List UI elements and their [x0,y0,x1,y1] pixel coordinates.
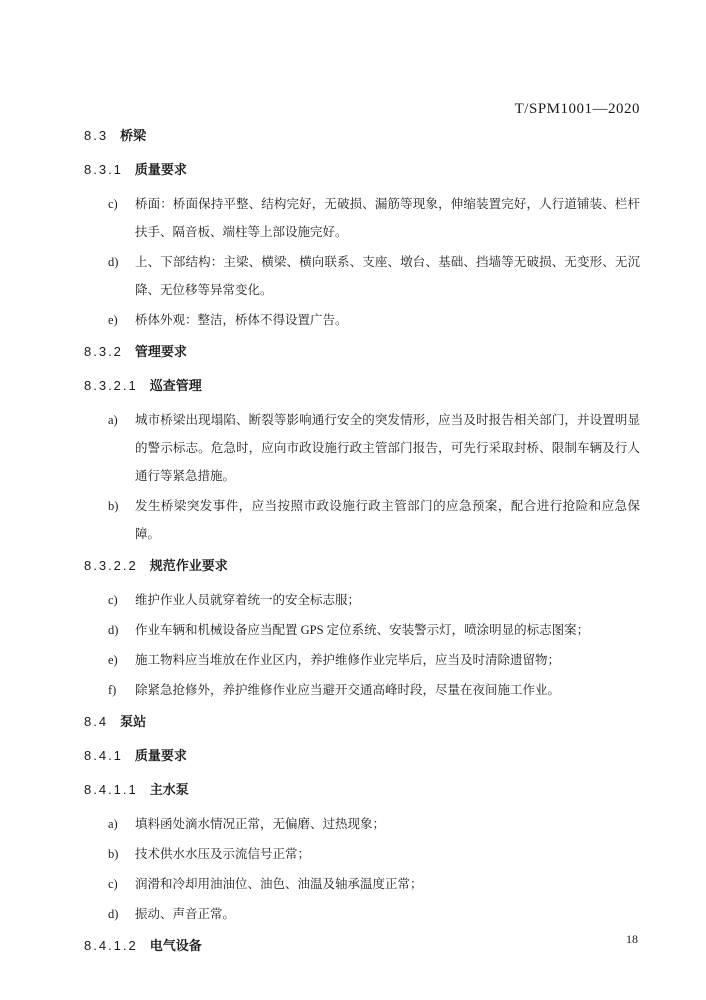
list-item-marker: b) [108,840,135,868]
heading-number: 8.4.1.1 [84,782,138,797]
heading-title: 主水泵 [150,782,189,797]
heading-title: 管理要求 [135,344,187,359]
section-heading-8.4.1.2: 8.4.1.2电气设备 [84,936,640,956]
heading-number: 8.3.2 [84,344,123,359]
heading-number: 8.4.1.2 [84,938,138,953]
list-item-text: 作业车辆和机械设备应当配置 GPS 定位系统、安装警示灯，喷涂明显的标志图案； [135,616,640,644]
heading-title: 规范作业要求 [150,558,228,573]
list-item-marker: e) [108,306,135,334]
heading-title: 质量要求 [135,748,187,763]
list-item-marker: d) [108,616,135,644]
heading-number: 8.4.1 [84,748,123,763]
heading-title: 质量要求 [135,162,187,177]
heading-title: 泵站 [120,714,146,729]
list-item-d: d)上、下部结构：主梁、横梁、横向联系、支座、墩台、基础、挡墙等无破损、无变形、… [84,248,640,304]
list-item-e: e)桥体外观：整洁，桥体不得设置广告。 [84,306,640,334]
list-item-a: a)城市桥梁出现塌陷、断裂等影响通行安全的突发情形，应当及时报告相关部门，并设置… [84,406,640,490]
list-item-text: 发生桥梁突发事件，应当按照市政设施行政主管部门的应急预案，配合进行抢险和应急保障… [135,492,640,548]
list-item-text: 技术供水水压及示流信号正常； [135,840,640,868]
list-item-marker: c) [108,190,135,246]
list-item-text: 润滑和冷却用油油位、油色、油温及轴承温度正常； [135,870,640,898]
list-item-marker: a) [108,810,135,838]
list-item-text: 上、下部结构：主梁、横梁、横向联系、支座、墩台、基础、挡墙等无破损、无变形、无沉… [135,248,640,304]
list-item-marker: a) [108,406,135,490]
list-item-a: a)填料函处滴水情况正常，无偏磨、过热现象； [84,810,640,838]
heading-number: 8.3 [84,128,108,143]
document-code-header: T/SPM1001—2020 [84,100,640,118]
list-item-f: f)除紧急抢修外，养护维修作业应当避开交通高峰时段，尽量在夜间施工作业。 [84,676,640,704]
heading-number: 8.4 [84,714,108,729]
list-item-c: c)润滑和冷却用油油位、油色、油温及轴承温度正常； [84,870,640,898]
section-heading-8.3: 8.3桥梁 [84,126,640,146]
page-number: 18 [626,932,638,946]
heading-title: 桥梁 [120,128,146,143]
section-heading-8.3.2.2: 8.3.2.2规范作业要求 [84,556,640,576]
list-item-marker: d) [108,900,135,928]
list-item-text: 施工物料应当堆放在作业区内，养护维修作业完毕后，应当及时清除遗留物； [135,646,640,674]
heading-number: 8.3.2.2 [84,558,138,573]
section-heading-8.3.1: 8.3.1质量要求 [84,160,640,180]
document-blocks: 8.3桥梁8.3.1质量要求c)桥面：桥面保持平整、结构完好，无破损、漏筋等现象… [84,126,640,956]
section-heading-8.3.2: 8.3.2管理要求 [84,342,640,362]
list-item-text: 振动、声音正常。 [135,900,640,928]
list-item-marker: d) [108,248,135,304]
document-page: { "page": { "header_right": "T/SPM1001—2… [0,0,706,1000]
heading-number: 8.3.2.1 [84,378,138,393]
heading-number: 8.3.1 [84,162,123,177]
list-item-marker: f) [108,676,135,704]
list-item-marker: e) [108,646,135,674]
section-heading-8.4: 8.4泵站 [84,712,640,732]
list-item-d: d)作业车辆和机械设备应当配置 GPS 定位系统、安装警示灯，喷涂明显的标志图案… [84,616,640,644]
list-item-text: 桥面：桥面保持平整、结构完好，无破损、漏筋等现象，伸缩装置完好，人行道铺装、栏杆… [135,190,640,246]
section-heading-8.4.1: 8.4.1质量要求 [84,746,640,766]
list-item-text: 除紧急抢修外，养护维修作业应当避开交通高峰时段，尽量在夜间施工作业。 [135,676,640,704]
list-item-marker: b) [108,492,135,548]
list-item-b: b)发生桥梁突发事件，应当按照市政设施行政主管部门的应急预案，配合进行抢险和应急… [84,492,640,548]
list-item-b: b)技术供水水压及示流信号正常； [84,840,640,868]
section-heading-8.4.1.1: 8.4.1.1主水泵 [84,780,640,800]
list-item-marker: c) [108,586,135,614]
list-item-c: c)桥面：桥面保持平整、结构完好，无破损、漏筋等现象，伸缩装置完好，人行道铺装、… [84,190,640,246]
section-heading-8.3.2.1: 8.3.2.1巡查管理 [84,376,640,396]
list-item-d: d)振动、声音正常。 [84,900,640,928]
list-item-text: 城市桥梁出现塌陷、断裂等影响通行安全的突发情形，应当及时报告相关部门，并设置明显… [135,406,640,490]
list-item-text: 桥体外观：整洁，桥体不得设置广告。 [135,306,640,334]
list-item-e: e)施工物料应当堆放在作业区内，养护维修作业完毕后，应当及时清除遗留物； [84,646,640,674]
page-body: T/SPM1001—2020 8.3桥梁8.3.1质量要求c)桥面：桥面保持平整… [0,0,706,956]
heading-title: 电气设备 [150,938,202,953]
list-item-text: 填料函处滴水情况正常，无偏磨、过热现象； [135,810,640,838]
list-item-c: c)维护作业人员就穿着统一的安全标志服； [84,586,640,614]
list-item-marker: c) [108,870,135,898]
list-item-text: 维护作业人员就穿着统一的安全标志服； [135,586,640,614]
heading-title: 巡查管理 [150,378,202,393]
